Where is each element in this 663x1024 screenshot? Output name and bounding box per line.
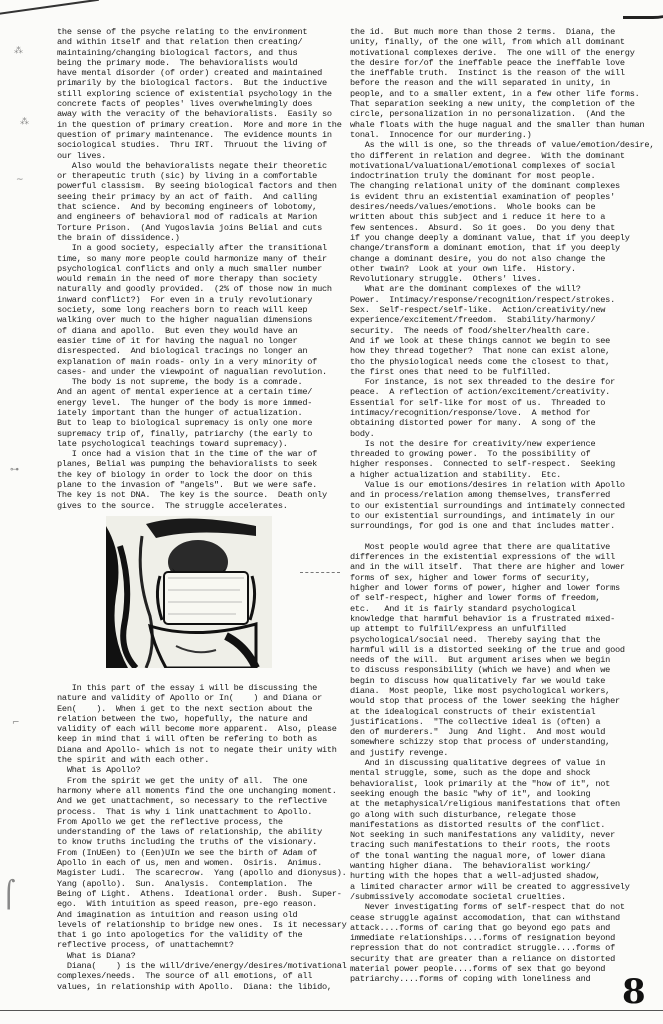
text-line: validity of each will become more appare… <box>57 724 347 734</box>
text-line: attack....forms of caring that go beyond… <box>350 923 654 933</box>
text-line: motivational complexes derive. The one w… <box>350 48 654 58</box>
text-line: before the reason and the will separated… <box>350 78 654 88</box>
text-line: psychological/social need. Thereby sayin… <box>350 635 654 645</box>
text-line: and engineers of behavioral mod of radic… <box>57 212 342 222</box>
text-line: and justify revenge. <box>350 748 654 758</box>
text-line: That separation seeking a new unity, the… <box>350 99 654 109</box>
text-line: hurting with the hopes that a well-adjus… <box>350 871 654 881</box>
text-line: forms of sex, higher and lower forms of … <box>350 573 654 583</box>
text-line: of the tonal wanting the nagual more, of… <box>350 851 654 861</box>
left-column-top-text: the sense of the psyche relating to the … <box>57 27 342 511</box>
text-line: intimacy/recognition/response/love. A me… <box>350 408 654 418</box>
text-line: indoctrination truly the dominant for mo… <box>350 171 654 181</box>
text-line: explanation of main roads- only in a ver… <box>57 357 342 367</box>
text-line: What are the dominant complexes of the w… <box>350 284 654 294</box>
text-line: circle, personalization in no personaliz… <box>350 109 654 119</box>
text-line: From Apollo we get the reflective proces… <box>57 817 347 827</box>
text-line: our lives. <box>57 151 342 161</box>
text-line: nature and validity of Apollo or In( ) a… <box>57 693 347 703</box>
text-line: Most people would agree that there are q… <box>350 542 654 552</box>
page-edge-top-right <box>623 0 663 19</box>
text-line: manifestations as distorted results of t… <box>350 820 654 830</box>
text-line: ego. With intuition as speed reason, pre… <box>57 899 347 909</box>
text-line: concrete facts of peoples' lives overwhe… <box>57 99 342 109</box>
text-line: late psychological teachings toward supr… <box>57 439 342 449</box>
text-line: a higher actualization and stability. Et… <box>350 470 654 480</box>
text-line: keep in mind that i will often be referi… <box>57 734 347 744</box>
text-line: cases- and under the viewpoint of nagual… <box>57 367 342 377</box>
text-line: somewhere schizzy stop that process of u… <box>350 737 654 747</box>
text-line: Magister Ludi. The scarecrow. Yang (apol… <box>57 868 347 878</box>
text-line: Value is our emotions/desires in relatio… <box>350 480 654 490</box>
text-line: energy level. The hunger of the body is … <box>57 398 342 408</box>
text-line: As the will is one, so the threads of va… <box>350 140 654 150</box>
text-line: What is Apollo? <box>57 765 347 775</box>
text-line: would remain in the need of more therapy… <box>57 274 342 284</box>
text-line: to our existential surroundings and inti… <box>350 501 654 511</box>
text-line: unity, finally, of the one will, from wh… <box>350 37 654 47</box>
text-line: Diana and Apollo- which is not to negate… <box>57 745 347 755</box>
text-line: how they thread together? That none can … <box>350 346 654 356</box>
text-line: at the idealogical constructs of their e… <box>350 707 654 717</box>
text-line: the ineffable truth. Instinct is the rea… <box>350 68 654 78</box>
margin-mark: ⁂ <box>14 46 23 56</box>
text-line: a limited character armor will be create… <box>350 882 654 892</box>
text-line: relation between the two, hopefully, the… <box>57 714 347 724</box>
text-line: The key is not DNA. The key is the sourc… <box>57 490 342 500</box>
text-line: peace. A reflection of action/excitement… <box>350 387 654 397</box>
margin-mark: ⊶ <box>10 465 19 475</box>
text-line: the first ones that need to be fulfilled… <box>350 367 654 377</box>
text-line: wanting higher diana. The behavioralist … <box>350 861 654 871</box>
text-line: Yang (apollo). Sun. Analysis. Contemplat… <box>57 879 347 889</box>
text-line: From the spirit we get the unity of all.… <box>57 776 347 786</box>
text-line: change/transform a dominant emotion, tha… <box>350 243 654 253</box>
text-line: Torture Prison. (And Yugoslavia joins Be… <box>57 223 342 233</box>
text-line: powerful classism. By seeing biological … <box>57 181 342 191</box>
text-line: And if we look at these things cannot we… <box>350 336 654 346</box>
text-line: body. <box>350 429 654 439</box>
text-line: go along with such disturbance, relegate… <box>350 810 654 820</box>
text-line: The changing relational unity of the dom… <box>350 181 654 191</box>
text-line: up attempt to fulfill/express an unfulfi… <box>350 624 654 634</box>
text-line: repression that do not contradict strugg… <box>350 943 654 953</box>
text-line: Essential for self-like for most of us. … <box>350 398 654 408</box>
text-line: in the question of primary creation. Mor… <box>57 120 342 130</box>
text-line: disrespected. And biological tracings no… <box>57 346 342 356</box>
text-line: And in discussing qualitative degrees of… <box>350 758 654 768</box>
illustration-scroll-reader <box>106 516 272 668</box>
text-line: of self-respect, higher and lower forms … <box>350 593 654 603</box>
text-line: threaded to growing power. To the possib… <box>350 449 654 459</box>
text-line: Revolutionary struggle. Others' lives. <box>350 274 654 284</box>
text-line: and in the will itself. That there are h… <box>350 562 654 572</box>
text-line: In this part of the essay i will be disc… <box>57 683 347 693</box>
strike-mark <box>300 572 340 573</box>
text-line: mental struggle, some, such as the dope … <box>350 768 654 778</box>
text-line: reflective process, of unattachemnt? <box>57 940 347 950</box>
text-line: of diana and apollo. But even they would… <box>57 326 342 336</box>
margin-mark: ⁂ <box>20 117 29 127</box>
text-line: diana. Most people, like most psychologi… <box>350 686 654 696</box>
text-line: complexes/needs. The source of all emoti… <box>57 971 347 981</box>
text-line: den of murderers." Jung And light. And m… <box>350 727 654 737</box>
text-line: gives to the source. The struggle accele… <box>57 501 342 511</box>
text-line: Power. Intimacy/response/recognition/res… <box>350 295 654 305</box>
text-line: other twain? Look at your own life. Hist… <box>350 264 654 274</box>
text-line: away with the veracity of the behavioral… <box>57 109 342 119</box>
text-line: /submissively accomodate societal cruelt… <box>350 892 654 902</box>
text-line: obtaining distorted power for many. A so… <box>350 418 654 428</box>
text-line: the id. But much more than those 2 terms… <box>350 27 654 37</box>
text-line: And an agent of mental experience at a c… <box>57 387 342 397</box>
text-line: In a good society, especially after the … <box>57 243 342 253</box>
text-line: The body is not supreme, the body is a c… <box>57 377 342 387</box>
text-line: that i go into apologetics for the valid… <box>57 930 347 940</box>
text-line: security that are greater than a relianc… <box>350 954 654 964</box>
text-line: higher responses. Connected to self-resp… <box>350 459 654 469</box>
text-line: experience/excitement/freedom. Stability… <box>350 315 654 325</box>
text-line: naturally and goodly provided. (2% of th… <box>57 284 342 294</box>
text-line: And imagination as intuition and reason … <box>57 910 347 920</box>
text-line: primarily by the biological factors. But… <box>57 78 342 88</box>
text-line: Apollo in each of us, men and women. Osi… <box>57 858 347 868</box>
text-line: being the primary mode. The behavioralis… <box>57 58 342 68</box>
text-line: levels of relationship to bridge new one… <box>57 920 347 930</box>
text-line: For instance, is not sex threaded to the… <box>350 377 654 387</box>
text-line: to discuss responsibility (which we have… <box>350 665 654 675</box>
text-line: Being of Light. Athens. Ideational order… <box>57 889 347 899</box>
text-line: behavioralist, look primarily at the "ho… <box>350 779 654 789</box>
text-line: seeing their primacy by an act of faith.… <box>57 192 342 202</box>
text-line: desires/needs/values/emotions. Whole boo… <box>350 202 654 212</box>
text-line: Is not the desire for creativity/new exp… <box>350 439 654 449</box>
text-line: if you change deeply a dominant value, t… <box>350 233 654 243</box>
text-line: knowledge that harmful behavior is a fru… <box>350 614 654 624</box>
text-line: or therapeutic truth (sic) by living in … <box>57 171 342 181</box>
text-line: the desire for/of the ineffable peace th… <box>350 58 654 68</box>
text-line: question of primary maintenance. The evi… <box>57 130 342 140</box>
text-line: Not seeking in such manifestations any v… <box>350 830 654 840</box>
text-line: maintaining/changing biological factors,… <box>57 48 342 58</box>
text-line: harmful will is a distorted seeking of t… <box>350 645 654 655</box>
text-line: And we get unattachment, so necessary to… <box>57 796 347 806</box>
text-line: whale floats with the huge nagual and th… <box>350 120 654 130</box>
text-line: material power people....forms of sex th… <box>350 964 654 974</box>
margin-mark: ⌐ <box>12 718 20 728</box>
text-line: etc. And it is fairly standard psycholog… <box>350 604 654 614</box>
text-line: understanding of the laws of relationshi… <box>57 827 347 837</box>
text-line: planes, Belial was pumping the behaviora… <box>57 459 342 469</box>
text-line: Never investigating forms of self-respec… <box>350 902 654 912</box>
text-line: From (InUEen) to (Een)UIn we see the bir… <box>57 848 347 858</box>
text-line: process. That is why i link unattachment… <box>57 807 347 817</box>
text-line: values, in relationship with Apollo. Dia… <box>57 982 347 992</box>
text-line: surroundings, for god is one and that in… <box>350 521 654 531</box>
text-line <box>350 532 654 542</box>
text-line: Also would the behavioralists negate the… <box>57 161 342 171</box>
text-line: the sense of the psyche relating to the … <box>57 27 342 37</box>
text-line: immediate relationships....forms of resi… <box>350 933 654 943</box>
text-line: higher and lower forms of power, higher … <box>350 583 654 593</box>
text-line: and within itself and that relation then… <box>57 37 342 47</box>
text-line: supremacy trip of, finally, patriarchy (… <box>57 429 342 439</box>
text-line: motivational/valuational/emotional compl… <box>350 161 654 171</box>
text-line: that science. And by becoming engineers … <box>57 202 342 212</box>
text-line: needs of the will. But argument arises w… <box>350 655 654 665</box>
text-line: the brain of dissidence.) <box>57 233 342 243</box>
text-line: change a dominant desire, you do not als… <box>350 254 654 264</box>
text-line: written about this subject and i reduce … <box>350 212 654 222</box>
text-line: at the metaphysical/religious manifestat… <box>350 799 654 809</box>
text-line: would stop that process of the lower see… <box>350 696 654 706</box>
page-edge-bottom <box>0 1010 663 1011</box>
text-line: society, some long reachers born to reac… <box>57 305 342 315</box>
text-line: still exploring science of existential p… <box>57 89 342 99</box>
text-line: tonal. Innocence for our murdering.) <box>350 130 654 140</box>
text-line: and in process/relation among themselves… <box>350 490 654 500</box>
text-line: begin to discuss how qualitatively far w… <box>350 676 654 686</box>
text-line: security. The needs of food/shelter/heal… <box>350 326 654 336</box>
text-line: to know truths including the truths of t… <box>57 837 347 847</box>
text-line: the key of biology in order to lock the … <box>57 470 342 480</box>
margin-mark: ~ <box>16 175 24 185</box>
text-line: to our existential surroundings, and int… <box>350 511 654 521</box>
text-line: patriarchy....forms of coping with lonel… <box>350 974 654 984</box>
text-line: time, so many more people could harmoniz… <box>57 254 342 264</box>
text-line: justifications. "The collective ideal is… <box>350 717 654 727</box>
text-line: inward conflict?) For even in a truly re… <box>57 295 342 305</box>
text-line: is evident thru an existential examinati… <box>350 192 654 202</box>
text-line: the spirit and with each other. <box>57 755 347 765</box>
text-line: seeking enough the basic "why of it", an… <box>350 789 654 799</box>
text-line: few sentences. Absurd. So it goes. Do yo… <box>350 223 654 233</box>
text-line: Een( ). When i get to the next section a… <box>57 704 347 714</box>
text-line: tho the physiological needs come the clo… <box>350 357 654 367</box>
text-line: differences in the existential expressio… <box>350 552 654 562</box>
margin-mark: ⌠ <box>2 880 16 910</box>
text-line: Sex. Self-respect/self-like. Action/crea… <box>350 305 654 315</box>
text-line: people, and to a smaller extent, in a fe… <box>350 89 654 99</box>
page-number: 8 <box>622 975 646 1009</box>
text-line: easier time of it for having the nagual … <box>57 336 342 346</box>
text-line: tracing such manifestations to their roo… <box>350 840 654 850</box>
text-line: tho different in relation and degree. Wi… <box>350 151 654 161</box>
text-line: But to leap to biological supremacy is o… <box>57 418 342 428</box>
text-line: Diana( ) is the will/drive/energy/desire… <box>57 961 347 971</box>
text-line: What is Diana? <box>57 951 347 961</box>
text-line: psychological conflicts and only a much … <box>57 264 342 274</box>
right-column-text: the id. But much more than those 2 terms… <box>350 27 654 985</box>
page-edge-top-left <box>0 0 99 16</box>
text-line: plane to the invasion of "angels". But w… <box>57 480 342 490</box>
text-line: cease struggle against accomodation, tha… <box>350 913 654 923</box>
text-line: harmony where all moments find the one u… <box>57 786 347 796</box>
text-line: have mental disorder (of order) created … <box>57 68 342 78</box>
text-line: sociological studies. Thru IRT. Thruout … <box>57 140 342 150</box>
text-line: I once had a vision that in the time of … <box>57 449 342 459</box>
left-column-bottom-text: In this part of the essay i will be disc… <box>57 683 347 992</box>
text-line: walking over much to the higher nagualia… <box>57 315 342 325</box>
text-line: iately important than the hunger of actu… <box>57 408 342 418</box>
